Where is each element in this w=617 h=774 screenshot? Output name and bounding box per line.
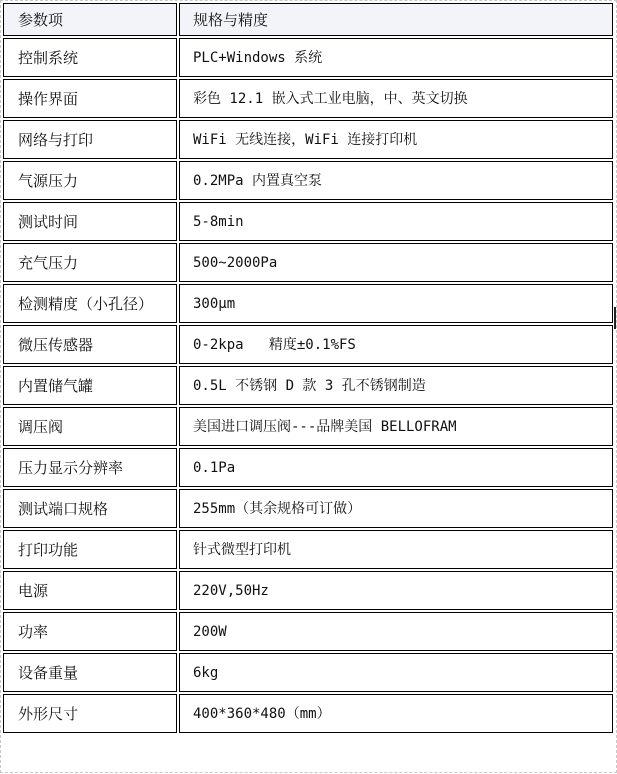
table-row: 操作界面 彩色 12.1 嵌入式工业电脑，中、英文切换 [3, 79, 613, 118]
table-row: 控制系统 PLC+Windows 系统 [3, 38, 613, 77]
row-param: 测试端口规格 [3, 489, 177, 528]
row-spec: 300μm [179, 284, 613, 323]
row-spec: 6kg [179, 653, 613, 692]
row-param: 压力显示分辨率 [3, 448, 177, 487]
row-spec: 0.5L 不锈钢 D 款 3 孔不锈钢制造 [179, 366, 613, 405]
row-param: 调压阀 [3, 407, 177, 446]
row-param: 气源压力 [3, 161, 177, 200]
row-spec: 0.1Pa [179, 448, 613, 487]
table-row: 微压传感器 0-2kpa 精度±0.1%FS [3, 325, 613, 364]
row-param: 设备重量 [3, 653, 177, 692]
row-spec: 500~2000Pa [179, 243, 613, 282]
row-spec: 400*360*480（mm） [179, 694, 613, 733]
row-spec: 5-8min [179, 202, 613, 241]
table-row: 测试端口规格 255mm（其余规格可订做） [3, 489, 613, 528]
row-spec: 美国进口调压阀---品牌美国 BELLOFRAM [179, 407, 613, 446]
row-spec: 255mm（其余规格可订做） [179, 489, 613, 528]
table-row: 设备重量 6kg [3, 653, 613, 692]
row-spec: WiFi 无线连接，WiFi 连接打印机 [179, 120, 613, 159]
row-spec: 0.2MPa 内置真空泵 [179, 161, 613, 200]
row-spec: 200W [179, 612, 613, 651]
table-row: 气源压力 0.2MPa 内置真空泵 [3, 161, 613, 200]
row-param: 微压传感器 [3, 325, 177, 364]
text-cursor-mark [614, 307, 616, 329]
table-row: 网络与打印 WiFi 无线连接，WiFi 连接打印机 [3, 120, 613, 159]
row-param: 外形尺寸 [3, 694, 177, 733]
table-row: 外形尺寸 400*360*480（mm） [3, 694, 613, 733]
row-spec: 彩色 12.1 嵌入式工业电脑，中、英文切换 [179, 79, 613, 118]
header-spec: 规格与精度 [179, 3, 613, 36]
row-param: 检测精度（小孔径） [3, 284, 177, 323]
table-row: 打印功能 针式微型打印机 [3, 530, 613, 569]
row-param: 操作界面 [3, 79, 177, 118]
table-row: 测试时间 5-8min [3, 202, 613, 241]
table-row: 压力显示分辨率 0.1Pa [3, 448, 613, 487]
row-spec: 针式微型打印机 [179, 530, 613, 569]
table-row: 检测精度（小孔径） 300μm [3, 284, 613, 323]
row-param: 电源 [3, 571, 177, 610]
row-param: 内置储气罐 [3, 366, 177, 405]
row-param: 功率 [3, 612, 177, 651]
table-row: 调压阀 美国进口调压阀---品牌美国 BELLOFRAM [3, 407, 613, 446]
row-spec: 0-2kpa 精度±0.1%FS [179, 325, 613, 364]
row-spec: PLC+Windows 系统 [179, 38, 613, 77]
table-row: 内置储气罐 0.5L 不锈钢 D 款 3 孔不锈钢制造 [3, 366, 613, 405]
row-spec: 220V,50Hz [179, 571, 613, 610]
spec-table: 参数项 规格与精度 控制系统 PLC+Windows 系统 操作界面 彩色 12… [1, 1, 615, 735]
table-row: 功率 200W [3, 612, 613, 651]
row-param: 打印功能 [3, 530, 177, 569]
table-row: 电源 220V,50Hz [3, 571, 613, 610]
table-header-row: 参数项 规格与精度 [3, 3, 613, 36]
table-row: 充气压力 500~2000Pa [3, 243, 613, 282]
header-param: 参数项 [3, 3, 177, 36]
row-param: 控制系统 [3, 38, 177, 77]
row-param: 测试时间 [3, 202, 177, 241]
row-param: 网络与打印 [3, 120, 177, 159]
row-param: 充气压力 [3, 243, 177, 282]
